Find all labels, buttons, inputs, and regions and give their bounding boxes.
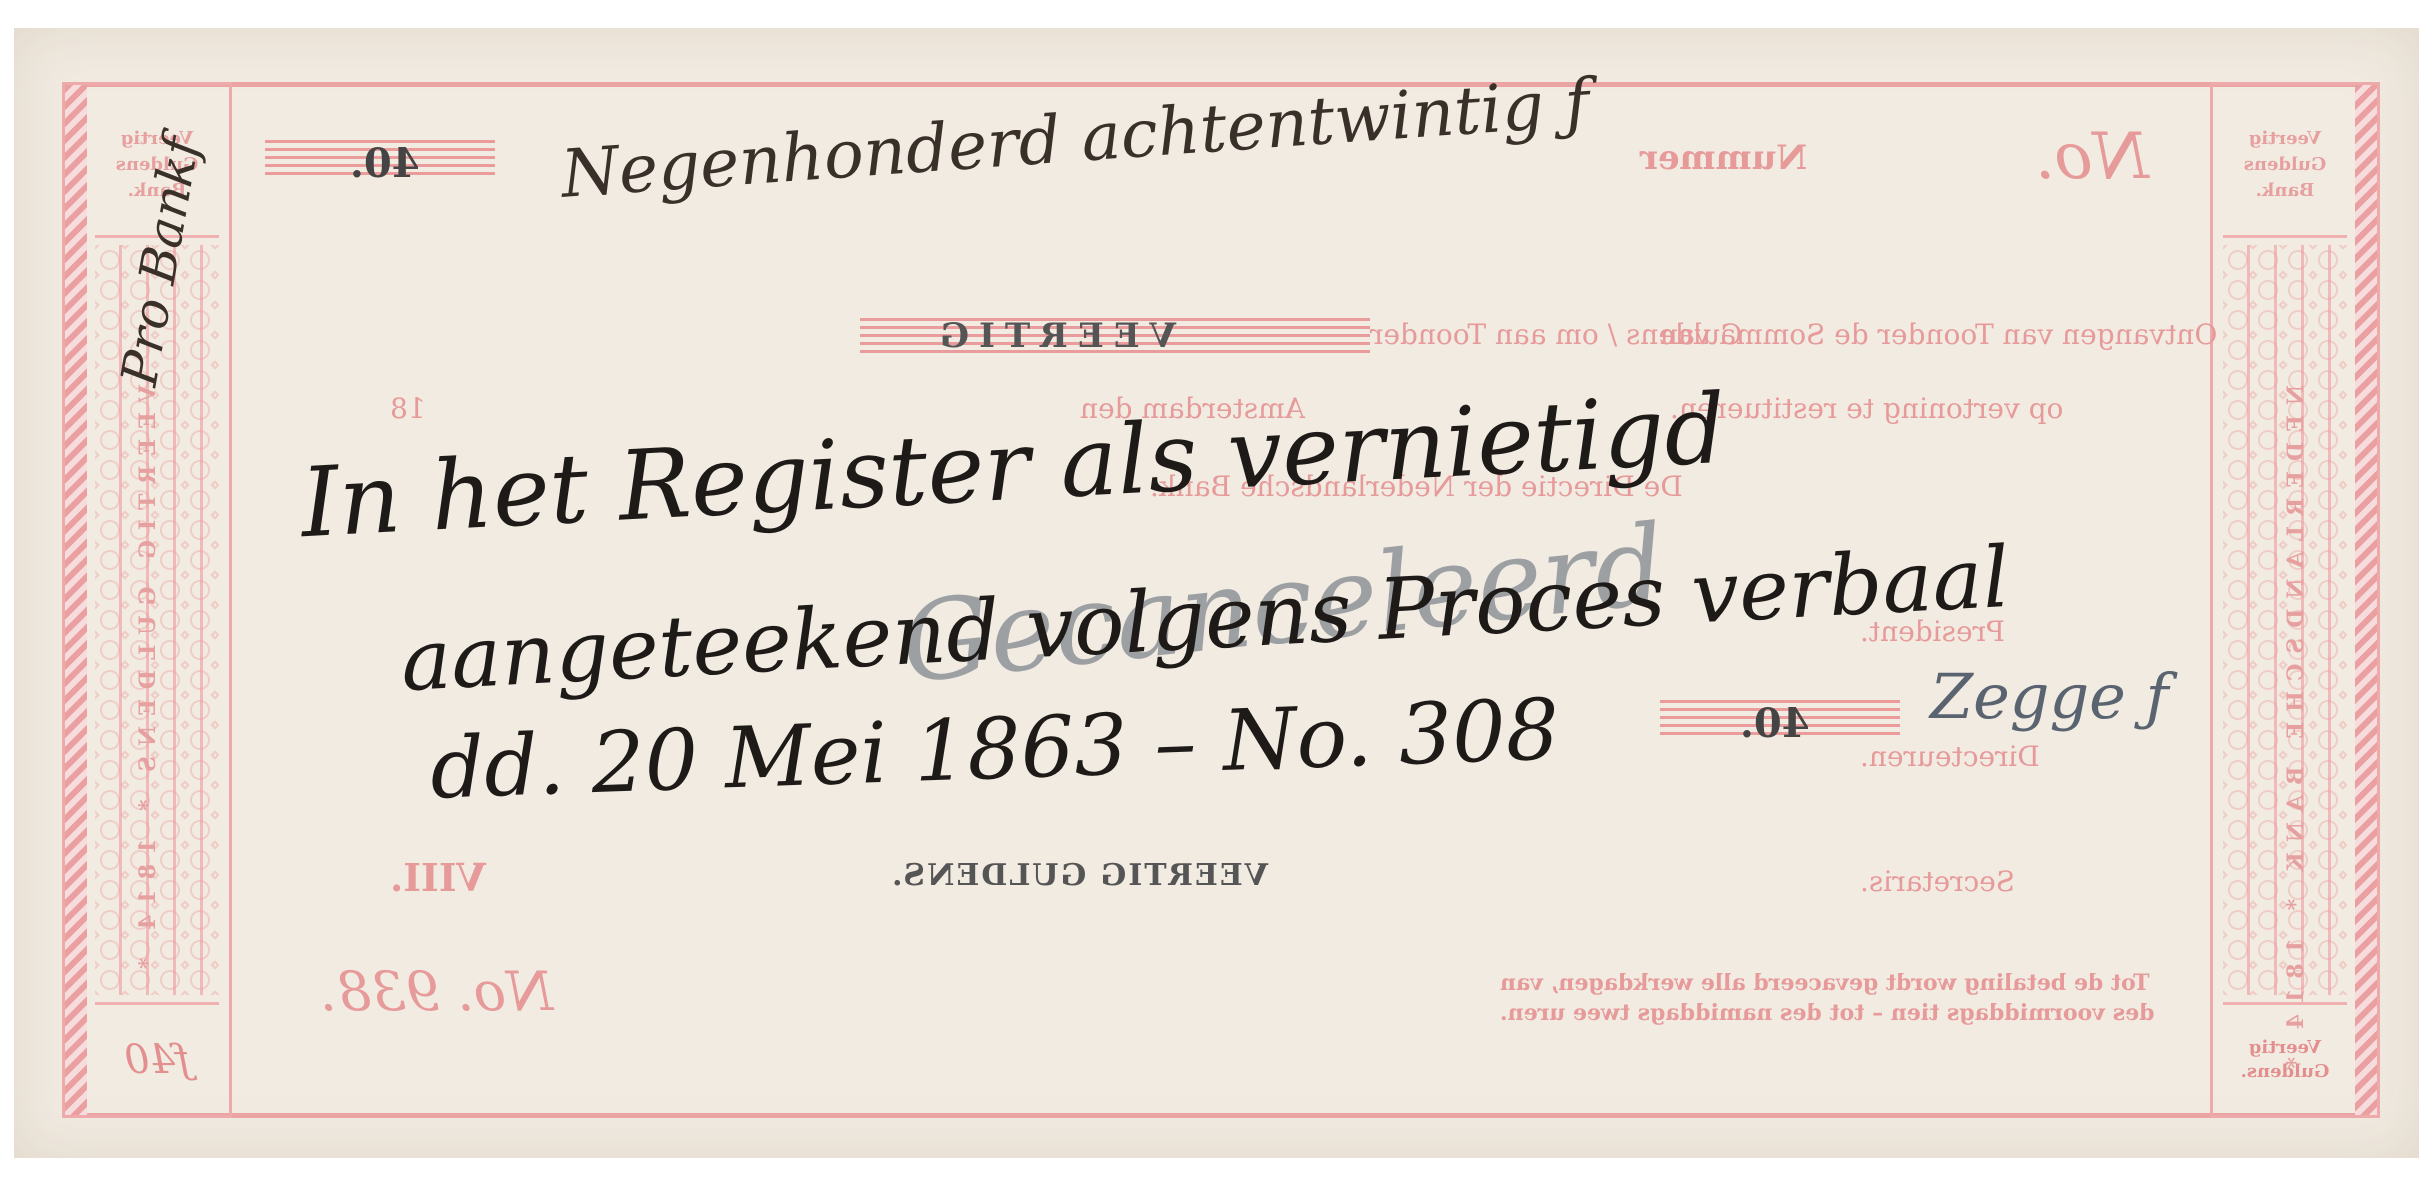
received-line: Ontvangen van Toonder de Somma van <box>1660 318 2217 351</box>
right-label-line-1: Veertig <box>2244 126 2327 152</box>
amount-box-bottom: 40. <box>1740 700 1810 747</box>
number-label: No. <box>2035 120 2149 194</box>
directors-label: Directeuren. <box>1860 740 2040 773</box>
right-ornamental-panel: Veertig Guldens Bank. NEDERLANDSCHE BANK… <box>2210 82 2380 1118</box>
right-footer-label: Veertig Guldens. <box>2223 1002 2347 1115</box>
right-label-line-3: Bank. <box>2244 178 2327 204</box>
bottom-note-2: des voormiddags tien – tot des namiddags… <box>1500 1000 2154 1026</box>
nummer-label: Nummer <box>1640 138 1807 178</box>
right-footer-line-2: Guldens. <box>2241 1060 2330 1084</box>
bottom-note-1: Tot de betaling wordt gevaceerd alle wer… <box>1500 970 2150 996</box>
series-label: VIII. <box>390 855 486 900</box>
handwritten-zegge: Zegge ƒ <box>1930 660 2169 733</box>
document-scan: Veertig Guldens Bank. VEERTIG GULDENS * … <box>0 0 2433 1184</box>
right-panel-label: Veertig Guldens Bank. <box>2223 95 2347 238</box>
left-footer-value: ƒ40 <box>95 1002 219 1115</box>
rope-border-right <box>2355 85 2377 1115</box>
bottom-number: No. 938. <box>320 960 553 1023</box>
rope-border-left <box>65 85 87 1115</box>
secretary-label: Secretaris. <box>1860 865 2015 898</box>
amount-words-bottom: VEERTIG GULDENS. <box>890 858 1268 893</box>
amount-box-top: 40. <box>350 140 420 187</box>
right-footer-line-1: Veertig <box>2241 1036 2330 1060</box>
left-vertical-text: VEERTIG GULDENS * 1814 * <box>135 385 165 979</box>
year-prefix: 18 <box>390 392 426 425</box>
restitute-line: op vertoning te restitueren. <box>1670 392 2063 425</box>
right-vertical-text: NEDERLANDSCHE BANK * 1814 * <box>2283 385 2313 1078</box>
payable-line: Guldens / om aan Toonder <box>1370 318 1742 351</box>
right-label-line-2: Guldens <box>2244 152 2327 178</box>
amount-words: VEERTIG <box>930 316 1176 356</box>
